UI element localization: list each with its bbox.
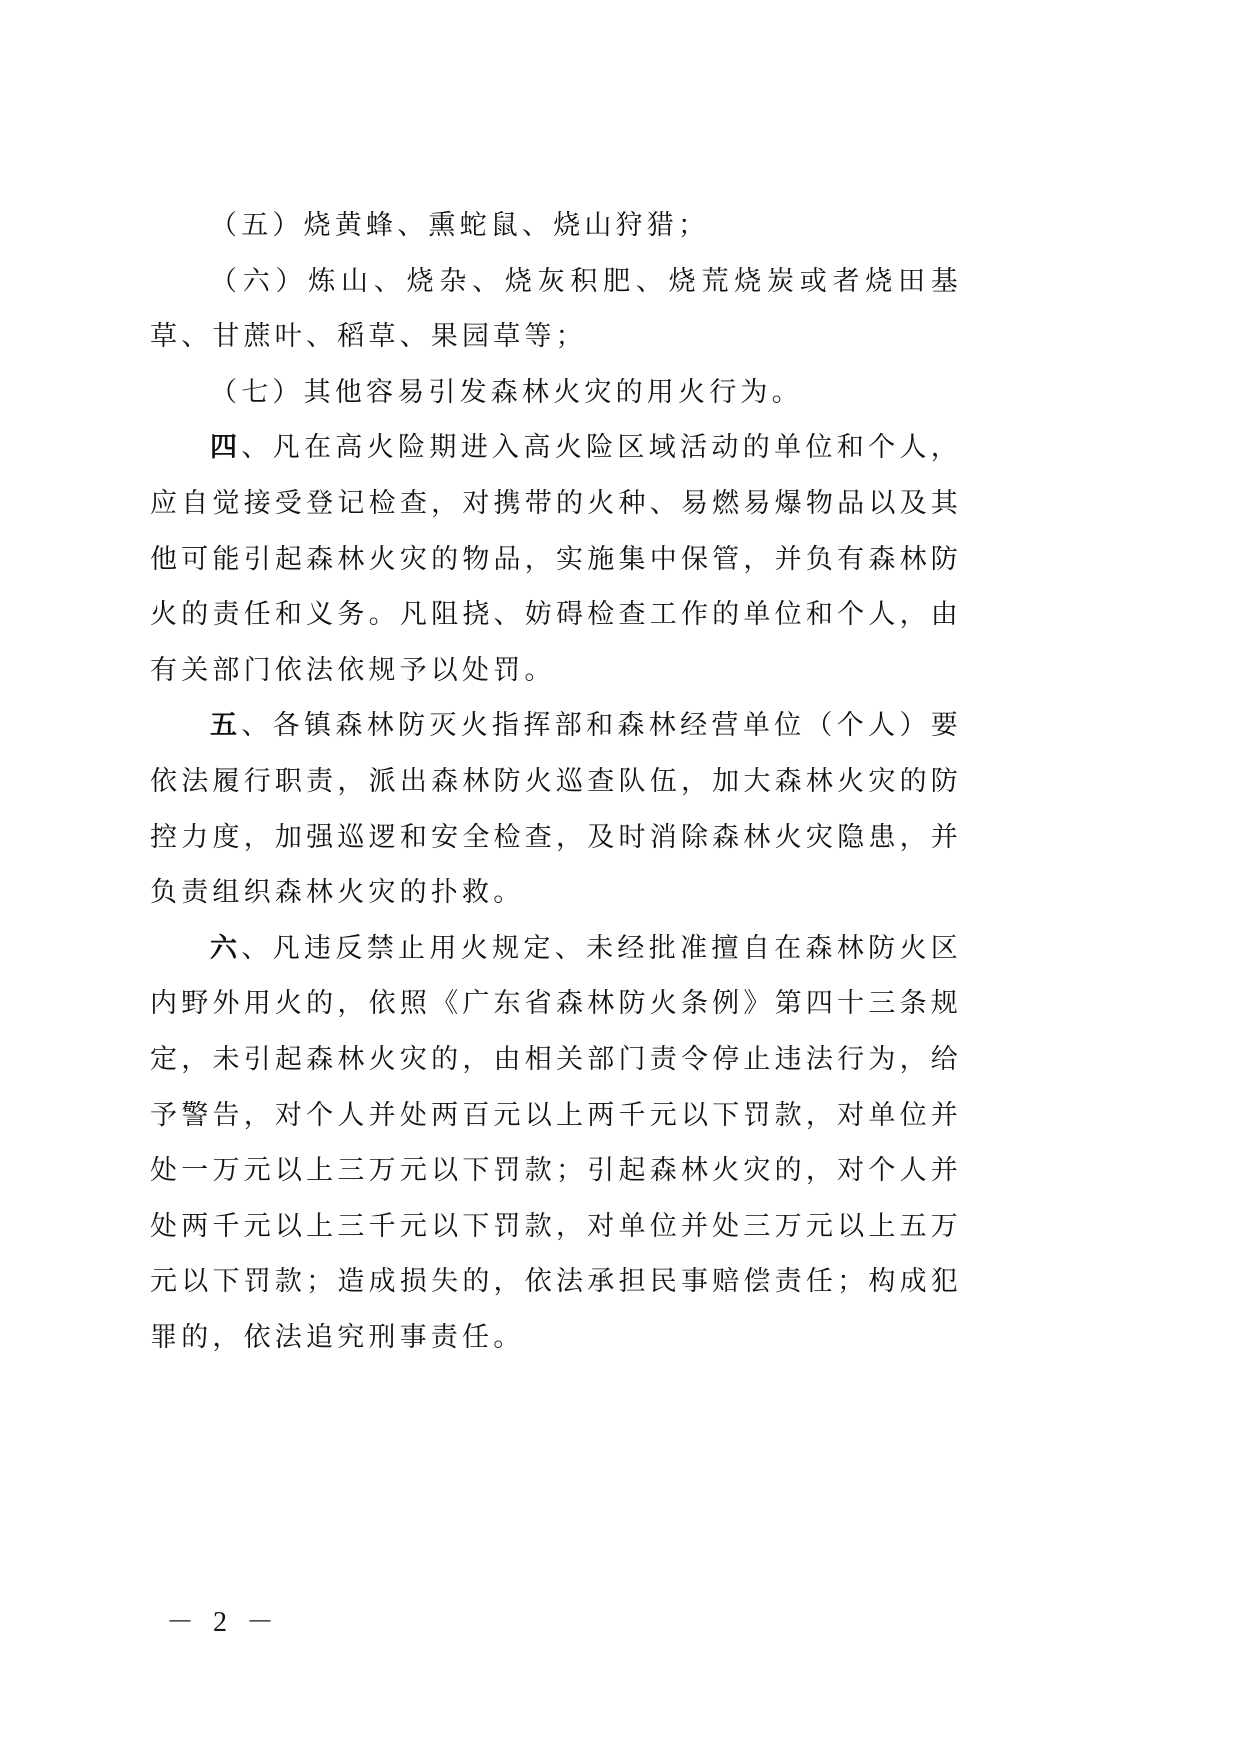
list-item-6-text: （六）炼山、烧杂、烧灰积肥、烧荒烧炭或者烧田基草、甘蔗叶、稻草、果园草等； (150, 266, 962, 353)
page-number: － 2 － (166, 1600, 280, 1640)
section-4-text: 、凡在高火险期进入高火险区域活动的单位和个人，应自觉接受登记检查，对携带的火种、… (150, 432, 962, 685)
section-6-number: 六 (210, 933, 241, 964)
list-item-7: （七）其他容易引发森林火灾的用火行为。 (150, 365, 962, 421)
section-5-number: 五 (210, 710, 241, 741)
document-page: （五）烧黄蜂、熏蛇鼠、烧山狩猎； （六）炼山、烧杂、烧灰积肥、烧荒烧炭或者烧田基… (150, 198, 962, 1365)
section-6-paragraph: 六、凡违反禁止用火规定、未经批准擅自在森林防火区内野外用火的，依照《广东省森林防… (150, 921, 962, 1366)
list-item-5: （五）烧黄蜂、熏蛇鼠、烧山狩猎； (150, 198, 962, 254)
section-5-paragraph: 五、各镇森林防灭火指挥部和森林经营单位（个人）要依法履行职责，派出森林防火巡查队… (150, 698, 962, 920)
list-item-5-text: （五）烧黄蜂、熏蛇鼠、烧山狩猎； (210, 210, 709, 241)
list-item-6: （六）炼山、烧杂、烧灰积肥、烧荒烧炭或者烧田基草、甘蔗叶、稻草、果园草等； (150, 254, 962, 365)
section-4-number: 四 (210, 432, 241, 463)
section-4-paragraph: 四、凡在高火险期进入高火险区域活动的单位和个人，应自觉接受登记检查，对携带的火种… (150, 420, 962, 698)
section-5-text: 、各镇森林防灭火指挥部和森林经营单位（个人）要依法履行职责，派出森林防火巡查队伍… (150, 710, 962, 908)
section-6-text: 、凡违反禁止用火规定、未经批准擅自在森林防火区内野外用火的，依照《广东省森林防火… (150, 933, 962, 1353)
list-item-7-text: （七）其他容易引发森林火灾的用火行为。 (210, 377, 803, 408)
